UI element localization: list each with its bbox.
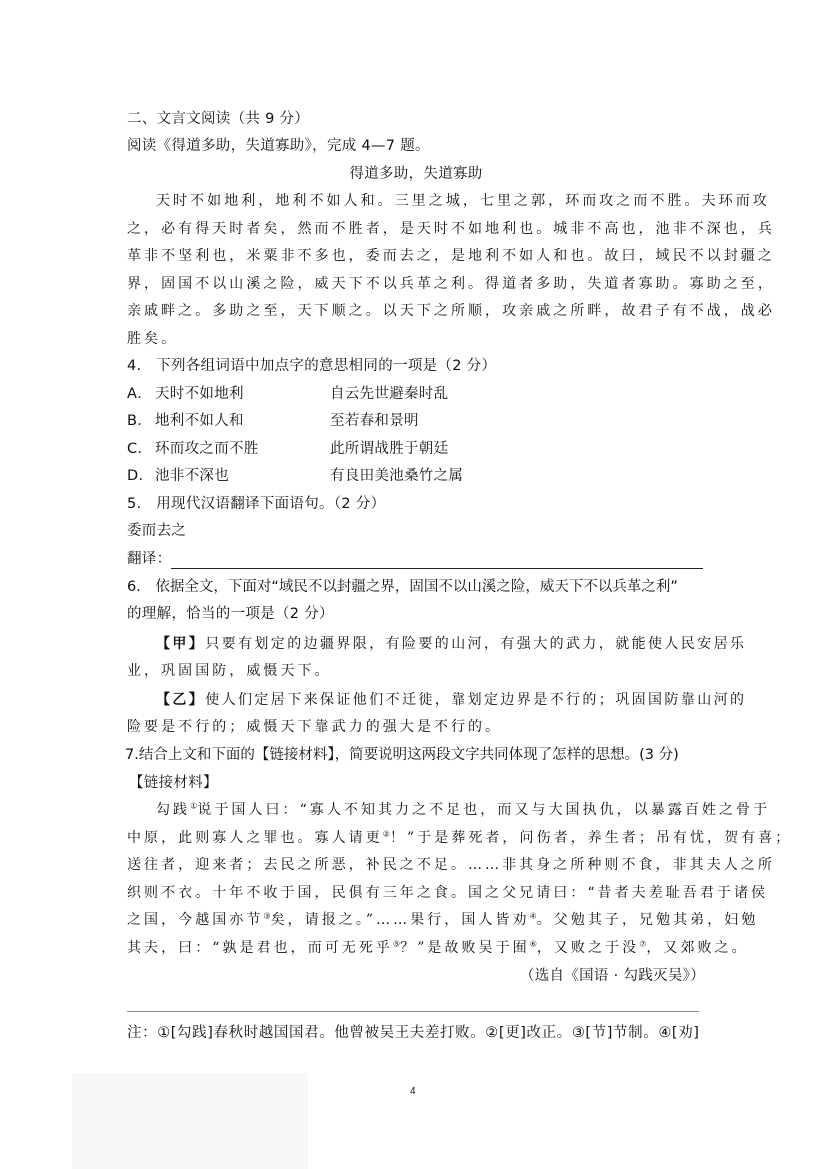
q6-stem-line2: 的理解，恰当的一项是（2 分） bbox=[127, 604, 334, 624]
q6-option-jia[interactable]: 【甲】只要有划定的边疆界限，有险要的山河，有强大的武力，就能使人民安居乐 bbox=[127, 634, 746, 654]
footnote-ref: ⑥ bbox=[530, 939, 537, 948]
option-key: D． bbox=[127, 466, 155, 486]
option-phrase-2: 有良田美池桑竹之属 bbox=[330, 468, 463, 484]
material-line: 中原，此则寡人之罪也。寡人请更②！”于是葬死者，问伤者，养生者；吊有忧，贺有喜； bbox=[127, 828, 792, 848]
link-material-label: 【链接材料】 bbox=[129, 773, 218, 793]
material-line: 之国，今越国亦节③矣，请报之。”……果行，国人皆劝④。父勉其子，兄勉其弟，妇勉 bbox=[127, 910, 758, 930]
option-phrase-2: 至若春和景明 bbox=[330, 413, 419, 429]
passage-line: 之，必有得天时者矣，然而不胜者，是天时不如地利也。城非不高也，池非不深也，兵 bbox=[127, 219, 775, 239]
q5-answer-row: 翻译： bbox=[127, 549, 703, 569]
option-phrase-2: 自云先世避秦时乱 bbox=[330, 386, 448, 402]
q6-option-yi[interactable]: 【乙】使人们定居下来保证他们不迁徙，靠划定边界是不行的；巩固国防靠山河的 bbox=[127, 690, 746, 710]
option-phrase-1: 天时不如地利 bbox=[155, 384, 330, 404]
option-key: A． bbox=[127, 384, 155, 404]
material-line: 其夫，曰：“孰是君也，而可无死乎⑤？”是故败吴于囿⑥，又败之于没⑦，又郊败之。 bbox=[127, 938, 749, 958]
gray-placeholder-box bbox=[72, 1073, 308, 1169]
q5-stem: 5. 用现代汉语翻译下面语句。（2 分） bbox=[127, 494, 385, 514]
answer-blank-line[interactable] bbox=[171, 554, 703, 569]
option-phrase-1: 地利不如人和 bbox=[155, 411, 330, 431]
footnote-ref: ② bbox=[383, 829, 390, 838]
option-key: C． bbox=[127, 439, 155, 459]
q5-sentence: 委而去之 bbox=[127, 521, 186, 541]
q6-option-yi-cont: 险要是不行的；威慑天下靠武力的强大是不行的。 bbox=[127, 717, 502, 737]
option-phrase-1: 环而攻之而不胜 bbox=[155, 439, 330, 459]
section-heading: 二、文言文阅读（共 9 分） bbox=[127, 109, 309, 129]
option-tag: 【乙】 bbox=[156, 692, 205, 708]
q4-option-b[interactable]: B．地利不如人和至若春和景明 bbox=[127, 411, 419, 431]
passage-line: 界，固国不以山溪之险，威天下不以兵革之利。得道者多助，失道者寡助。寡助之至， bbox=[127, 274, 775, 294]
option-phrase-1: 池非不深也 bbox=[155, 466, 330, 486]
q4-option-d[interactable]: D．池非不深也有良田美池桑竹之属 bbox=[127, 466, 463, 486]
passage-line: 革非不坚利也，米粟非不多也，委而去之，是地利不如人和也。故曰，域民不以封疆之 bbox=[127, 246, 775, 266]
page-number: 4 bbox=[410, 1086, 416, 1097]
section-instruction: 阅读《得道多助，失道寡助》，完成 4—7 题。 bbox=[127, 136, 430, 156]
answer-label: 翻译： bbox=[127, 551, 171, 567]
material-line: 勾践①说于国人曰：“寡人不知其力之不足也，而又与大国执仇，以暴露百姓之骨于 bbox=[127, 800, 770, 820]
passage-line: 亲戚畔之。多助之至，天下顺之。以天下之所顺，攻亲戚之所畔，故君子有不战，战必 bbox=[127, 301, 775, 321]
material-source: （选自《国语 · 勾践灭吴》） bbox=[127, 966, 705, 986]
option-phrase-2: 此所谓战胜于朝廷 bbox=[330, 441, 448, 457]
q6-stem-line1: 6. 依据全文，下面对“域民不以封疆之界，固国不以山溪之险，威天下不以兵革之利” bbox=[127, 577, 678, 597]
q6-option-jia-cont: 业，巩固国防，威慑天下。 bbox=[127, 661, 332, 681]
passage-line: 胜矣。 bbox=[127, 329, 178, 349]
q4-option-c[interactable]: C．环而攻之而不胜此所谓战胜于朝廷 bbox=[127, 439, 448, 459]
option-key: B． bbox=[127, 411, 155, 431]
divider-line bbox=[127, 1011, 699, 1012]
material-line: 送往者，迎来者；去民之所恶，补民之不足。……非其身之所种则不食，非其夫人之所 bbox=[127, 855, 775, 875]
footnote-ref: ③ bbox=[263, 911, 270, 920]
q7-stem: 7.结合上文和下面的【链接材料】，简要说明这两段文字共同体现了怎样的思想。(3 … bbox=[125, 745, 679, 765]
q4-stem: 4. 下列各组词语中加点字的意思相同的一项是（2 分） bbox=[127, 356, 496, 376]
option-tag: 【甲】 bbox=[156, 636, 205, 652]
passage-line: 天时不如地利，地利不如人和。三里之城，七里之郭，环而攻之而不胜。夫环而攻 bbox=[127, 191, 770, 211]
material-line: 织则不衣。十年不收于国，民俱有三年之食。国之父兄请曰：“昔者夫差耻吾君于诸侯 bbox=[127, 883, 768, 903]
passage-title: 得道多助，失道寡助 bbox=[127, 164, 705, 184]
footnotes: 注：①[勾践]春秋时越国国君。他曾被吴王夫差打败。②[更]改正。③[节]节制。④… bbox=[127, 1023, 700, 1043]
q4-option-a[interactable]: A．天时不如地利自云先世避秦时乱 bbox=[127, 384, 448, 404]
footnote-ref: ④ bbox=[530, 911, 537, 920]
